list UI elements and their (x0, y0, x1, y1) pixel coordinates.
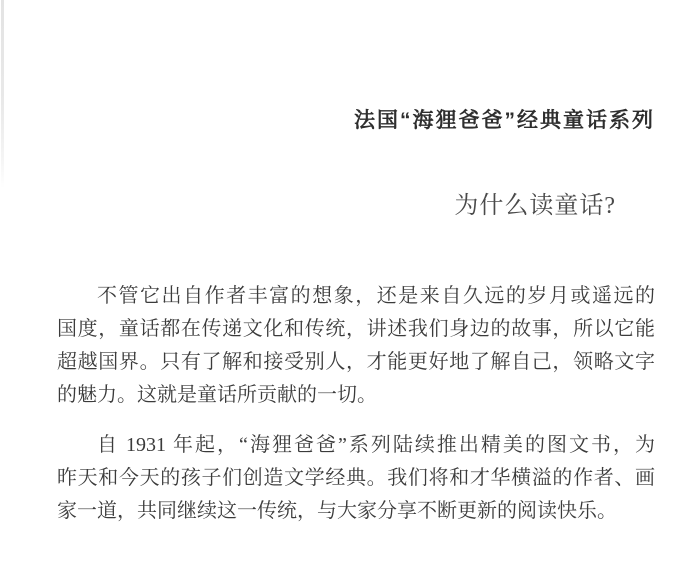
text-line: 的魅力。这就是童话所贡献的一切。 (57, 379, 655, 412)
text-line: 昨天和今天的孩子们创造文学经典。我们将和才华横溢的作者、画 (57, 462, 655, 495)
text-line: 国度，童话都在传递文化和传统，讲述我们身边的故事，所以它能 (57, 313, 655, 346)
paragraph: 自 1931 年起，“海狸爸爸”系列陆续推出精美的图文书，为 昨天和今天的孩子们… (57, 429, 655, 528)
body-text: 不管它出自作者丰富的想象，还是来自久远的岁月或遥远的 国度，童话都在传递文化和传… (57, 280, 655, 528)
page-edge-shadow (1, 0, 4, 188)
text-line: 超越国界。只有了解和接受别人，才能更好地了解自己，领略文字 (57, 346, 655, 379)
text-line: 自 1931 年起，“海狸爸爸”系列陆续推出精美的图文书，为 (57, 429, 655, 462)
page-title: 为什么读童话? (454, 190, 616, 222)
paragraph: 不管它出自作者丰富的想象，还是来自久远的岁月或遥远的 国度，童话都在传递文化和传… (57, 280, 655, 412)
text-line: 家一道，共同继续这一传统，与大家分享不断更新的阅读快乐。 (57, 495, 655, 528)
text-line: 不管它出自作者丰富的想象，还是来自久远的岁月或遥远的 (57, 280, 655, 313)
series-header: 法国“海狸爸爸”经典童话系列 (354, 107, 655, 134)
book-page: 法国“海狸爸爸”经典童话系列 为什么读童话? 不管它出自作者丰富的想象，还是来自… (0, 0, 693, 587)
